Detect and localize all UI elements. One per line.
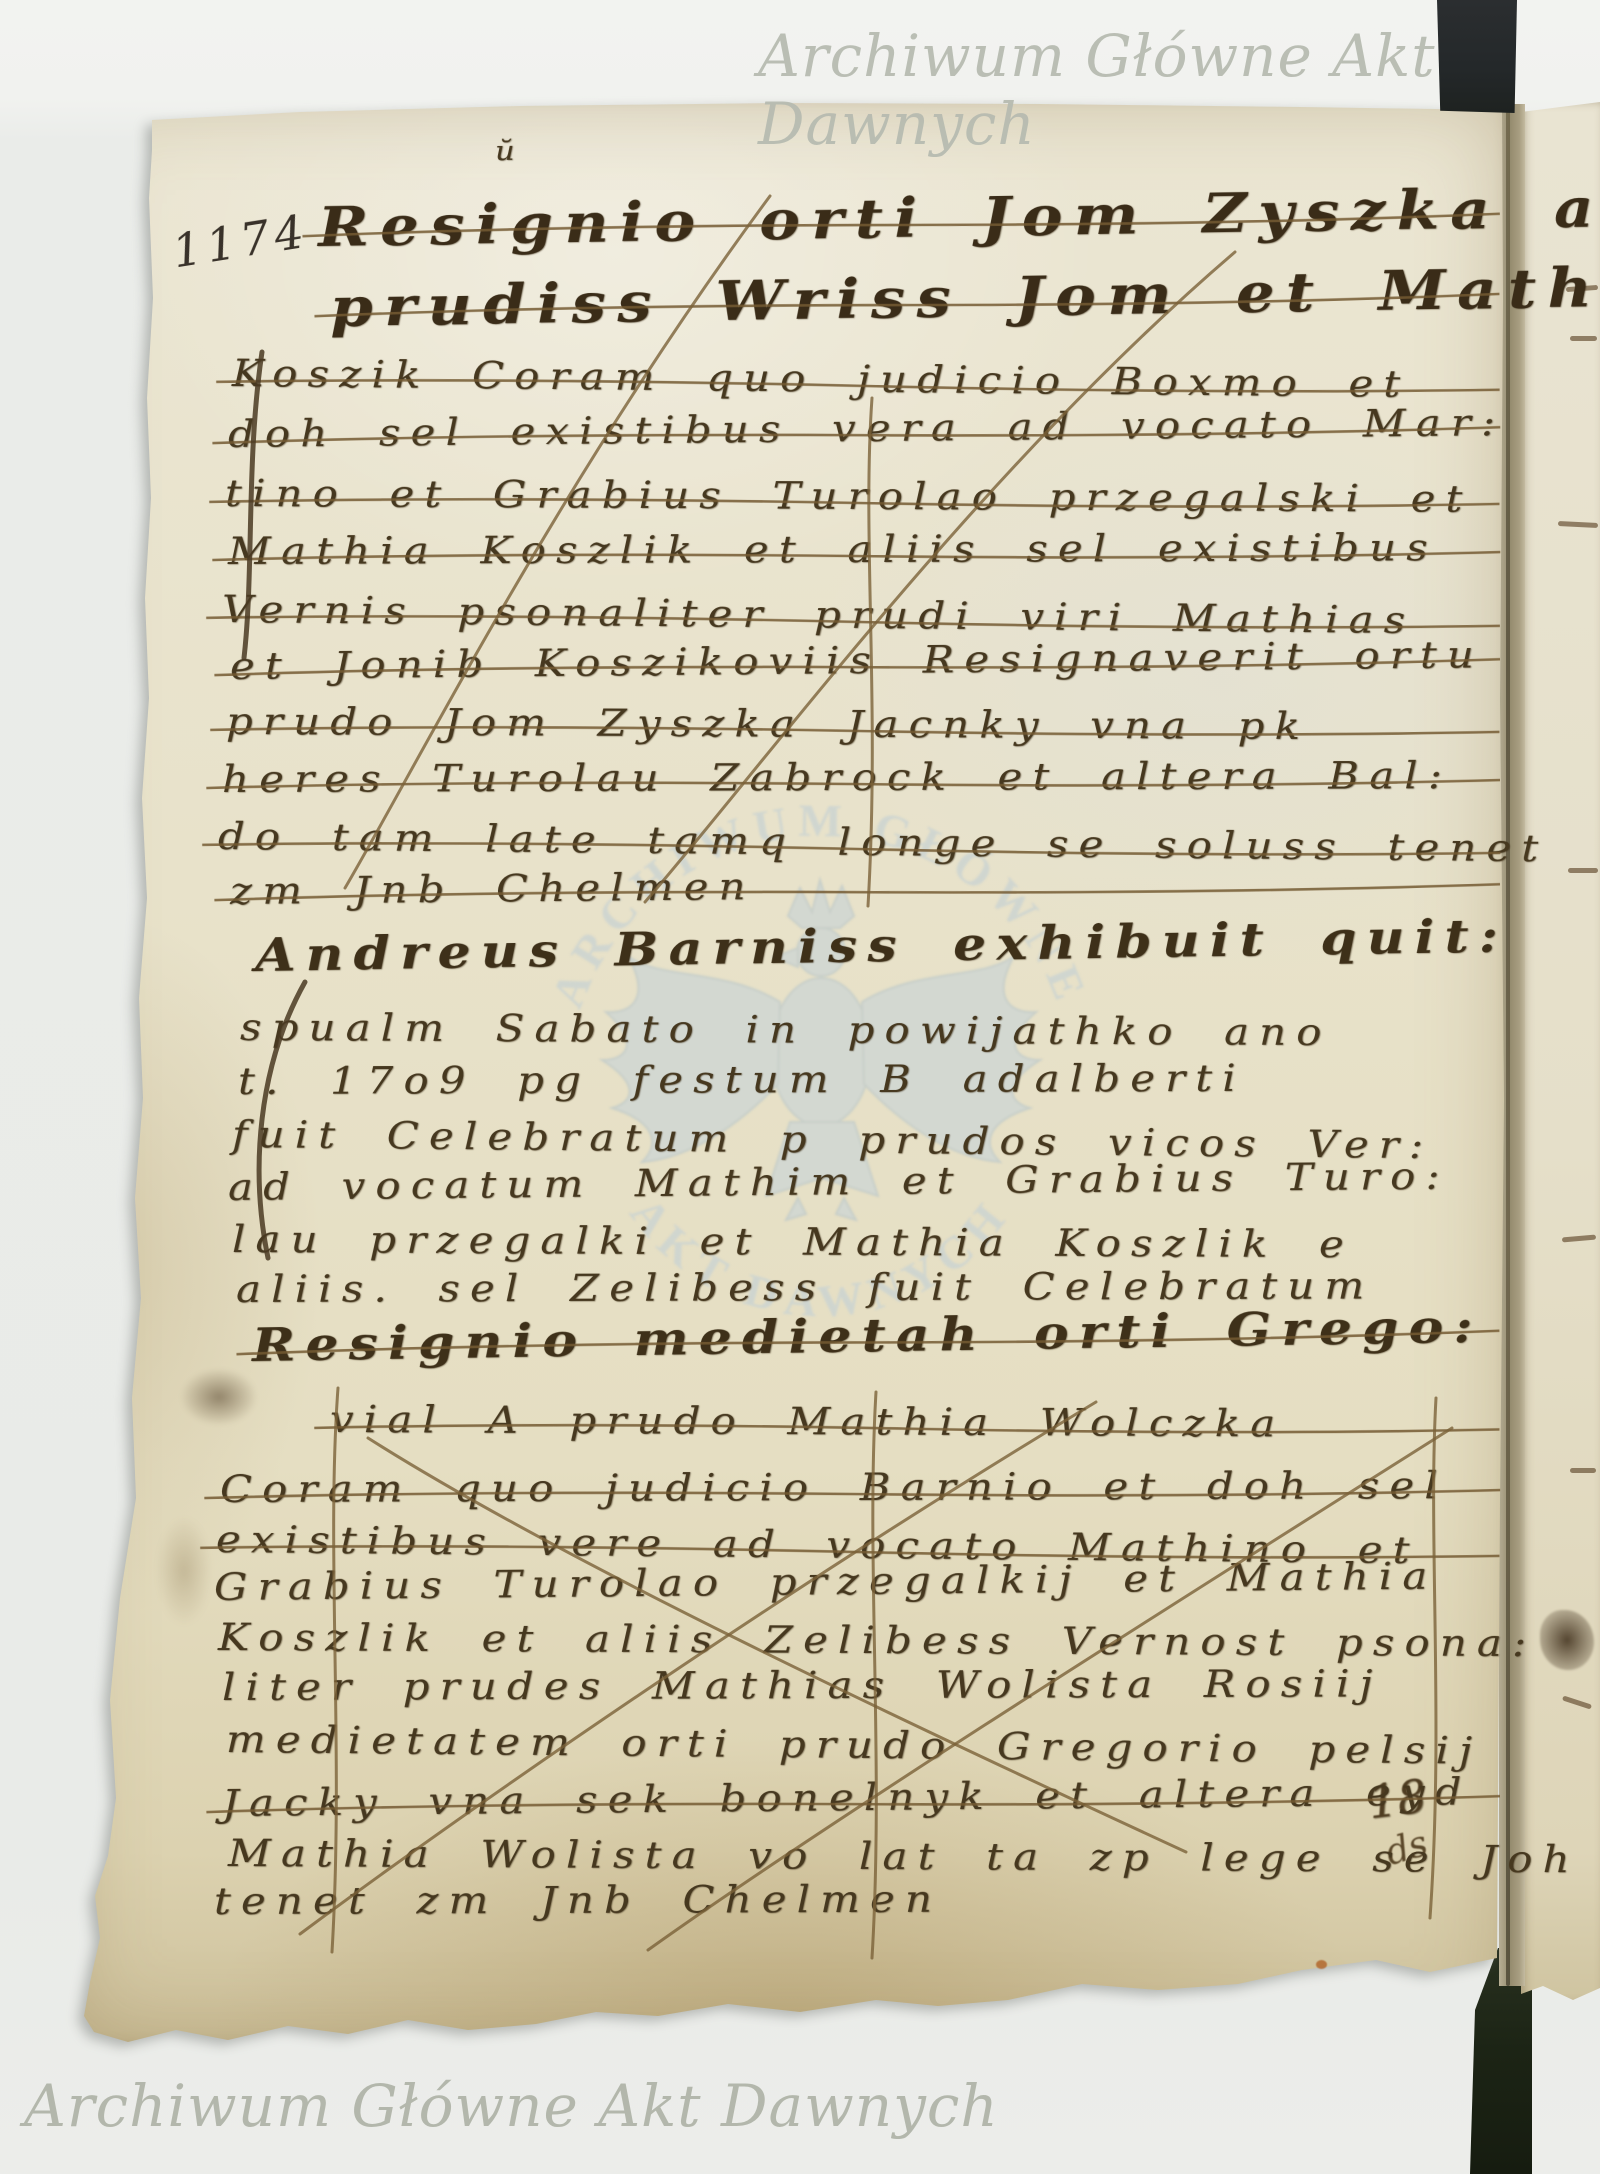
- cancellation-strokes: [0, 0, 1600, 2174]
- archive-watermark-bottom: Archiwum Główne Akt Dawnych: [24, 2072, 999, 2140]
- archive-watermark-top: Archiwum Główne Akt Dawnych: [758, 22, 1600, 158]
- archival-document-scan: ARCHIWUM GŁÓWNE AKT DAWNYCH: [0, 0, 1600, 2174]
